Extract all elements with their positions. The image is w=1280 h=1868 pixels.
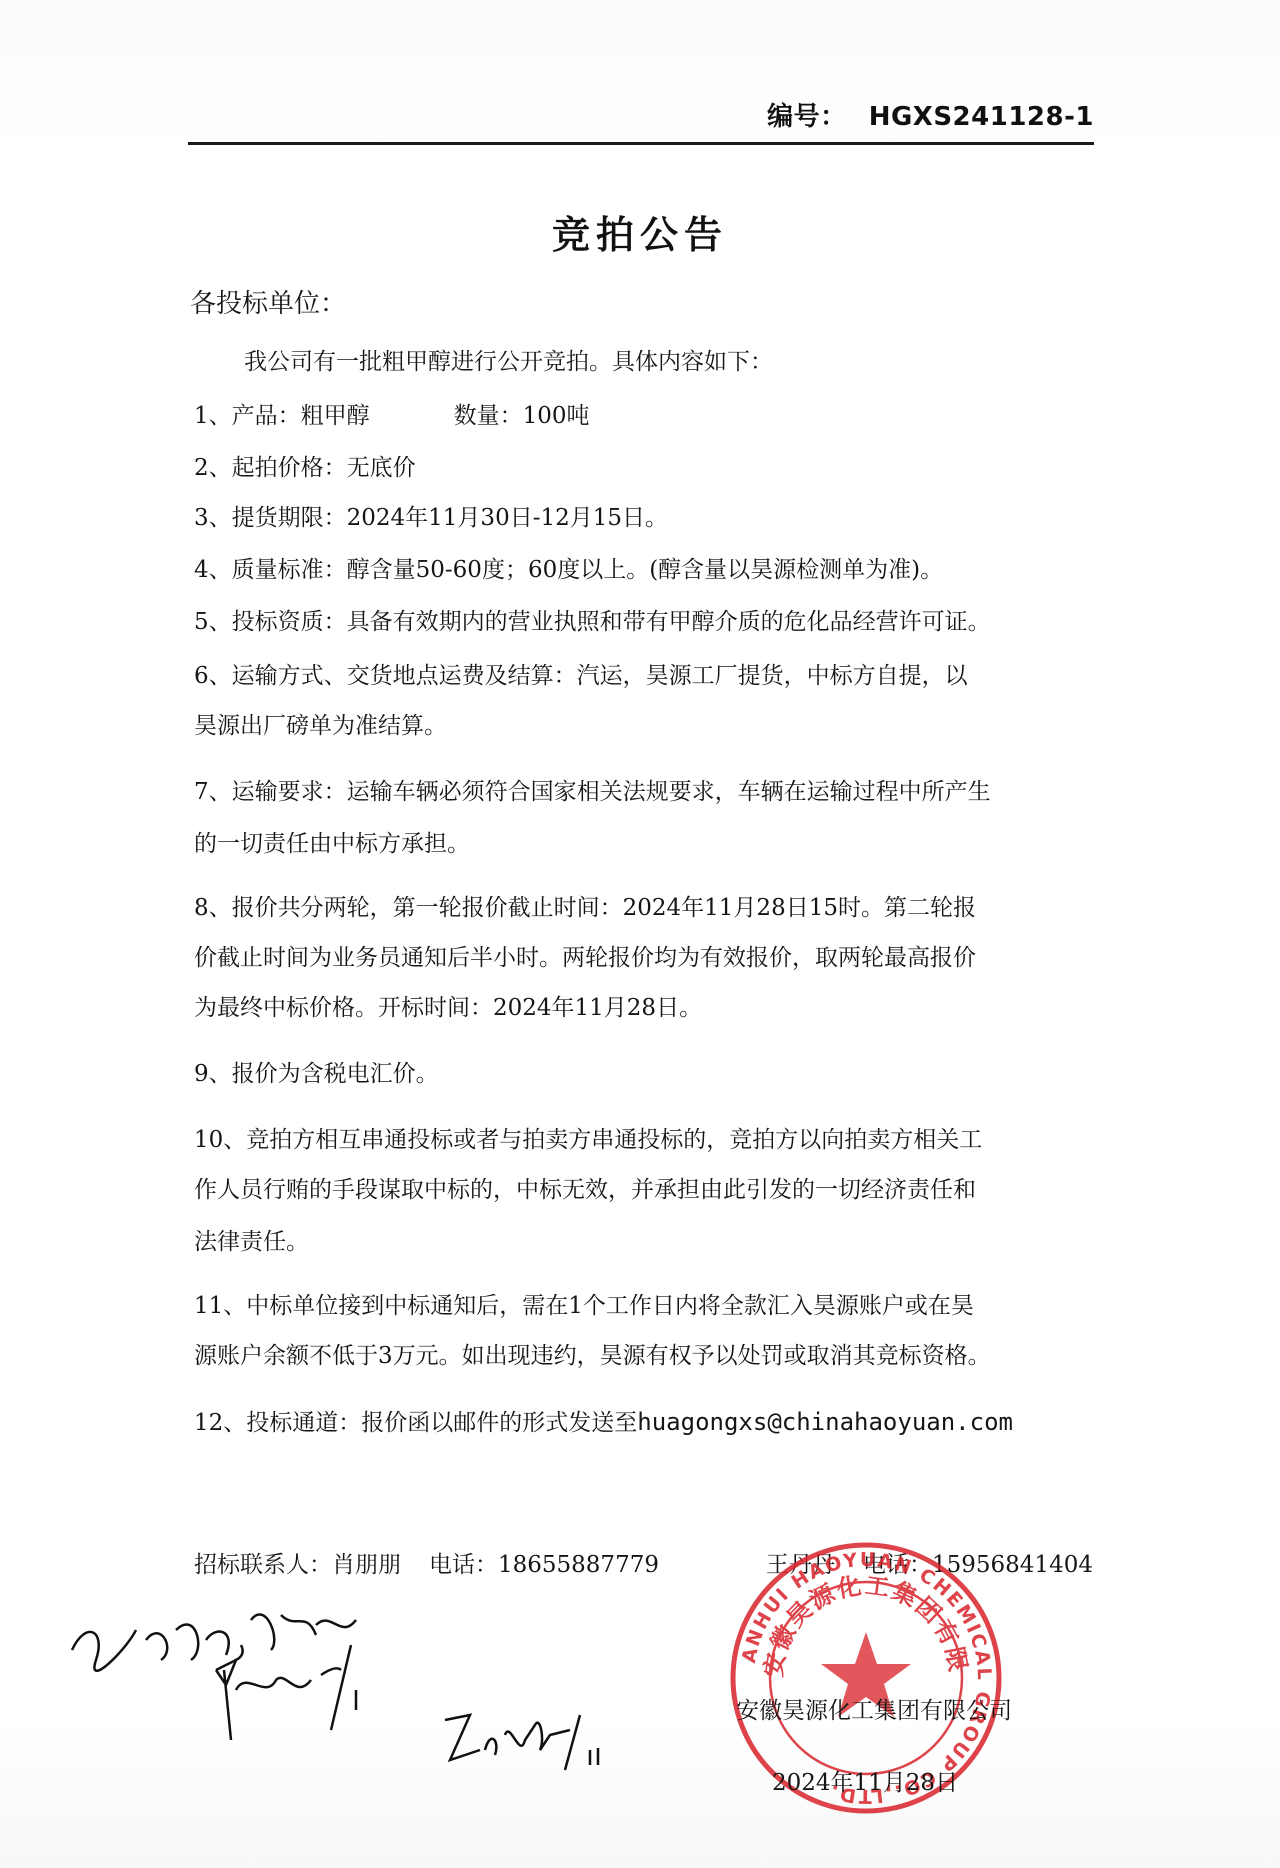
intro-paragraph: 我公司有一批粗甲醇进行公开竞拍。具体内容如下：: [194, 346, 773, 378]
bid-email-link[interactable]: huagongxs@chinahaoyuan.com: [637, 1408, 1013, 1436]
header-divider: [188, 142, 1094, 145]
item-11-line-1: 11、中标单位接到中标通知后，需在1个工作日内将全款汇入昊源账户或在昊: [194, 1290, 974, 1322]
item-4: 4、质量标准：醇含量50-60度；60度以上。(醇含量以昊源检测单为准)。: [194, 554, 943, 586]
item-12: 12、投标通道：报价函以邮件的形式发送至huagongxs@chinahaoyu…: [194, 1406, 1013, 1438]
item-9: 9、报价为含税电汇价。: [194, 1058, 439, 1090]
signature-icon: [440, 1680, 620, 1780]
item-5: 5、投标资质：具备有效期内的营业执照和带有甲醇介质的危化品经营许可证。: [194, 606, 991, 638]
document-page: 编号：HGXS241128-1 竞拍公告 各投标单位： 我公司有一批粗甲醇进行公…: [0, 0, 1280, 1868]
contact-primary: 招标联系人：肖朋朋电话：18655887779: [194, 1546, 659, 1579]
item-10-line-2: 作人员行贿的手段谋取中标的，中标无效，并承担由此引发的一切经济责任和: [194, 1174, 976, 1206]
item-11-line-2: 源账户余额不低于3万元。如出现违约，昊源有权予以处罚或取消其竞标资格。: [194, 1340, 991, 1372]
item-1: 1、产品：粗甲醇数量：100吨: [194, 400, 590, 432]
phone-label-1: 电话：: [429, 1552, 498, 1578]
item-8-line-1: 8、报价共分两轮，第一轮报价截止时间：2024年11月28日15时。第二轮报: [194, 892, 976, 924]
handwritten-note-icon: [66, 1590, 386, 1740]
item-7-line-2: 的一切责任由中标方承担。: [194, 828, 470, 860]
item-8-line-3: 为最终中标价格。开标时间：2024年11月28日。: [194, 992, 702, 1024]
item-6-line-1: 6、运输方式、交货地点运费及结算：汽运，昊源工厂提货，中标方自提，以: [194, 660, 968, 692]
item-10-line-1: 10、竞拍方相互串通投标或者与拍卖方串通投标的，竞拍方以向拍卖方相关工: [194, 1124, 982, 1156]
item-6-line-2: 昊源出厂磅单为准结算。: [194, 710, 447, 742]
page-title: 竞拍公告: [0, 204, 1280, 259]
issue-date: 2024年11月28日: [772, 1764, 958, 1797]
document-number-value: HGXS241128-1: [869, 102, 1094, 132]
contact-label: 招标联系人：: [194, 1552, 332, 1578]
contact-name-1: 肖朋朋: [332, 1552, 401, 1578]
issuing-company: 安徽昊源化工集团有限公司: [736, 1692, 1012, 1725]
item-12-text: 12、投标通道：报价函以邮件的形式发送至: [194, 1410, 637, 1436]
item-1-text: 1、产品：粗甲醇: [194, 403, 370, 429]
salutation: 各投标单位：: [190, 288, 346, 320]
item-1-quantity: 数量：100吨: [454, 403, 590, 429]
item-8-line-2: 价截止时间为业务员通知后半小时。两轮报价均为有效报价，取两轮最高报价: [194, 942, 976, 974]
phone-1[interactable]: 18655887779: [498, 1552, 659, 1578]
item-7-line-1: 7、运输要求：运输车辆必须符合国家相关法规要求，车辆在运输过程中所产生: [194, 776, 991, 808]
document-number: 编号：HGXS241128-1: [767, 96, 1094, 133]
item-3: 3、提货期限：2024年11月30日-12月15日。: [194, 502, 668, 534]
document-number-label: 编号：: [767, 102, 847, 132]
item-10-line-3: 法律责任。: [194, 1226, 309, 1258]
item-2: 2、起拍价格：无底价: [194, 452, 416, 484]
